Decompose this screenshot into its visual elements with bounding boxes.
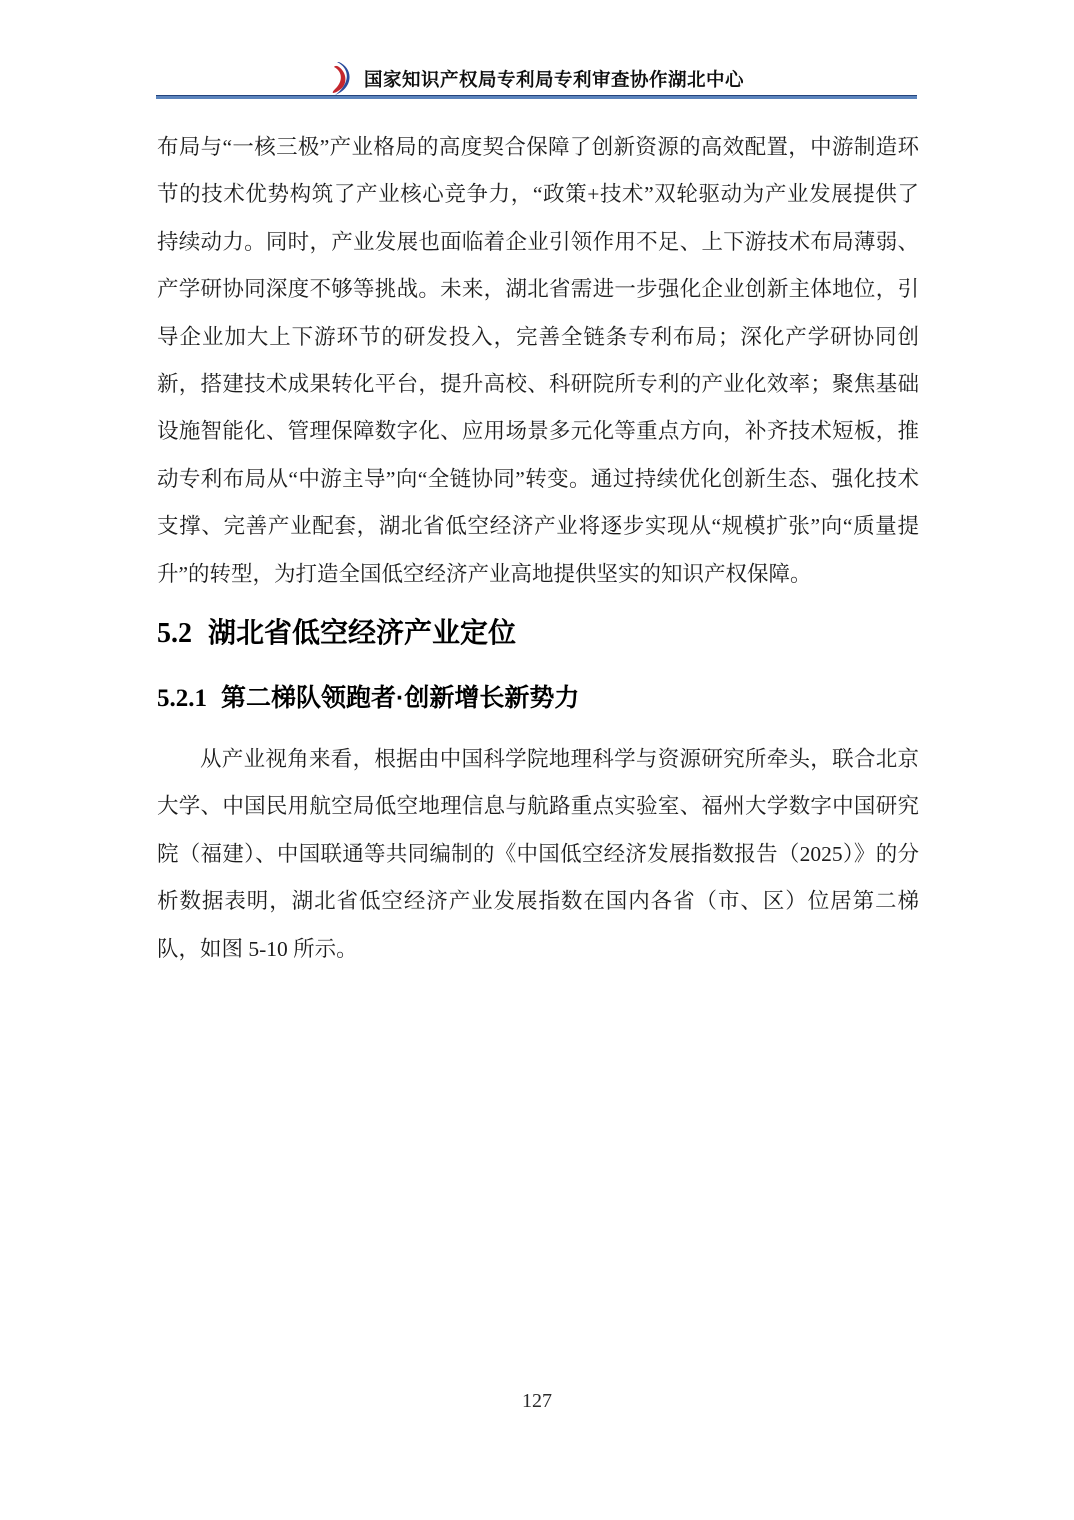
ip-office-logo-icon — [330, 62, 351, 95]
heading-5-2-1-number: 5.2.1 — [157, 685, 207, 712]
header-title: 国家知识产权局专利局专利审查协作湖北中心 — [364, 66, 744, 92]
page-header: 国家知识产权局专利局专利审查协作湖北中心 — [0, 62, 1074, 95]
paragraph-industry-positioning: 从产业视角来看，根据由中国科学院地理科学与资源研究所牵头，联合北京大学、中国民用… — [157, 736, 919, 973]
heading-5-2-title: 湖北省低空经济产业定位 — [208, 617, 516, 648]
heading-5-2-1: 5.2.1第二梯队领跑者·创新增长新势力 — [157, 683, 919, 714]
document-page: 国家知识产权局专利局专利审查协作湖北中心 布局与“一核三极”产业格局的高度契合保… — [0, 0, 1074, 1520]
page-body: 布局与“一核三极”产业格局的高度契合保障了创新资源的高效配置，中游制造环节的技术… — [157, 99, 919, 973]
heading-5-2-1-title: 第二梯队领跑者·创新增长新势力 — [221, 684, 579, 712]
paragraph-industry-layout-summary: 布局与“一核三极”产业格局的高度契合保障了创新资源的高效配置，中游制造环节的技术… — [157, 124, 919, 598]
heading-5-2: 5.2湖北省低空经济产业定位 — [157, 616, 919, 651]
page-number: 127 — [0, 1390, 1074, 1413]
heading-5-2-number: 5.2 — [157, 618, 192, 649]
